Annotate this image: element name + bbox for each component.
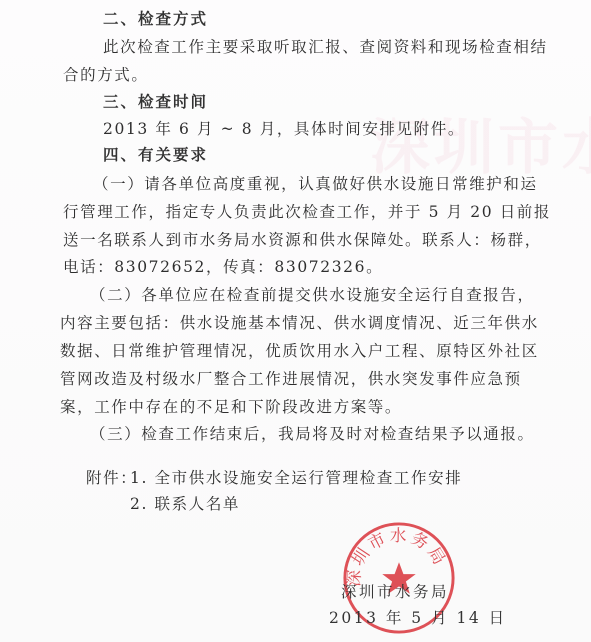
signing-date: 2013 年 5 月 14 日 [329,606,507,628]
attachment-item: 2. 联系人名单 [130,494,240,514]
paragraph-line: 合的方式。 [63,65,149,85]
signing-organization: 深圳市水务局 [341,580,449,602]
section-heading-inspection-time: 三、检查时间 [103,92,208,112]
paragraph-line: 2013 年 6 月 ~ 8 月，具体时间安排见附件。 [103,119,465,139]
paragraph-line: 此次检查工作主要采取听取汇报、查阅资料和现场检查相结 [103,37,548,57]
paragraph-line: （一）请各单位高度重视，认真做好供水设施日常维护和运 [93,174,538,194]
paragraph-line: 行管理工作，指定专人负责此次检查工作，并于 5 月 20 日前报 [63,202,551,222]
paragraph-line: 管网改造及村级水厂整合工作进展情况，供水突发事件应急预 [60,369,522,389]
paragraph-line: 内容主要包括：供水设施基本情况、供水调度情况、近三年供水 [60,313,539,333]
paragraph-line: 案，工作中存在的不足和下阶段改进方案等。 [60,397,402,417]
paragraph-line: （二）各单位应在检查前提交供水设施安全运行自查报告， [90,285,535,305]
attachment-item: 1. 全市供水设施安全运行管理检查工作安排 [130,468,462,488]
section-heading-requirements: 四、有关要求 [103,145,208,165]
paragraph-line: 电话：83072652，传真：83072326。 [63,257,383,277]
paragraph-line: 送一名联系人到市水务局水资源和供水保障处。联系人：杨群， [63,230,542,250]
section-heading-inspection-method: 二、检查方式 [103,9,208,29]
document-page: 深圳市水务局 二、检查方式 此次检查工作主要采取听取汇报、查阅资料和现场检查相结… [0,0,591,642]
paragraph-line: 数据、日常维护管理情况，优质饮用水入户工程、原特区外社区 [60,341,539,361]
paragraph-line: （三）检查工作结束后，我局将及时对检查结果予以通报。 [90,424,535,444]
